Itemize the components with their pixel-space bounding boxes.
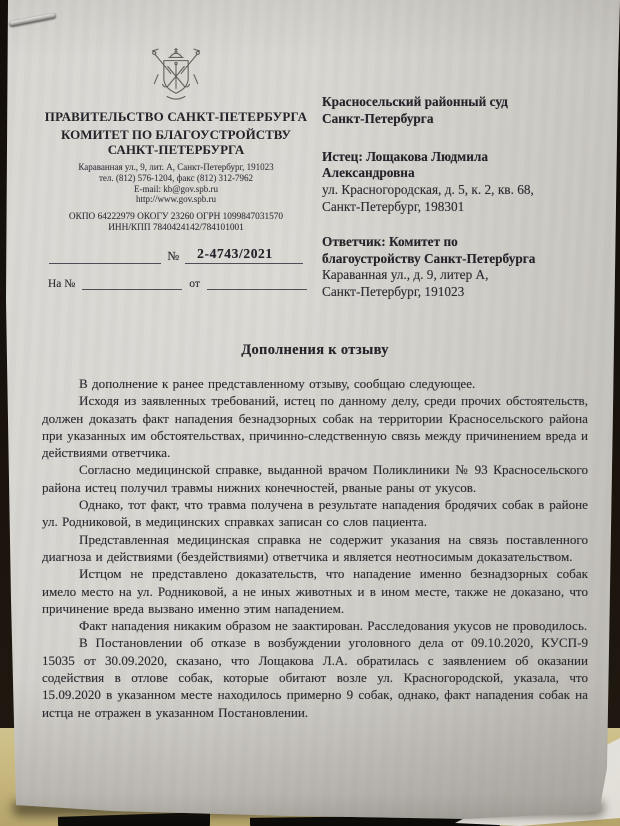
recipient-court: Красносельский районный суд Санкт-Петерб… xyxy=(322,94,584,128)
document-page: ПРАВИТЕЛЬСТВО САНКТ-ПЕТЕРБУРГА КОМИТЕТ П… xyxy=(0,0,620,826)
plaintiff-address-line1: ул. Красногородская, д. 5, к. 2, кв. 68, xyxy=(322,182,584,199)
number-sign-label: № xyxy=(167,249,179,264)
blank-underline xyxy=(49,250,161,264)
plaintiff-block: Истец: Лощакова Людмила Александровна ул… xyxy=(322,149,584,216)
body-paragraph: В Постановлении об отказе в возбуждении … xyxy=(42,634,588,720)
document-number-value: 2-4743/2021 xyxy=(185,246,303,264)
defendant-block: Ответчик: Комитет по благоустройству Сан… xyxy=(322,234,584,301)
defendant-address-line1: Караванная ул., д. 9, литер А, xyxy=(322,267,584,284)
document-title: Дополнения к отзыву xyxy=(42,342,588,359)
body-paragraph: Однако, тот факт, что травма получена в … xyxy=(42,496,588,531)
ref-na-label: На № xyxy=(48,278,75,290)
document-body: Дополнения к отзыву В дополнение к ранее… xyxy=(42,342,588,721)
blank-underline xyxy=(207,276,307,290)
blank-underline xyxy=(82,276,182,290)
body-paragraph: Согласно медицинской справке, выданной в… xyxy=(42,461,588,496)
letterhead-committee: КОМИТЕТ ПО БЛАГОУСТРОЙСТВУ САНКТ-ПЕТЕРБУ… xyxy=(36,128,316,157)
letterhead-okpo-line: ОКПО 64222979 ОКОГУ 23260 ОГРН 109984703… xyxy=(36,212,316,223)
letterhead-government: ПРАВИТЕЛЬСТВО САНКТ-ПЕТЕРБУРГА xyxy=(36,109,316,124)
defendant-line1: Ответчик: Комитет по xyxy=(322,234,584,251)
plaintiff-address-line2: Санкт-Петербург, 198301 xyxy=(322,199,584,216)
coat-of-arms-icon xyxy=(144,46,208,106)
plaintiff-line2: Александровна xyxy=(322,165,584,182)
body-paragraph: Истцом не представлено доказательств, чт… xyxy=(42,565,588,617)
plaintiff-line1: Истец: Лощакова Людмила xyxy=(322,149,584,166)
body-paragraph: В дополнение к ранее представленному отз… xyxy=(42,375,588,392)
letterhead-contacts: Караванная ул., 9, лит. А, Санкт-Петербу… xyxy=(36,162,316,205)
letterhead-committee-line2: САНКТ-ПЕТЕРБУРГА xyxy=(36,143,316,158)
defendant-address-line2: Санкт-Петербург, 191023 xyxy=(322,284,584,301)
letterhead-registration-codes: ОКПО 64222979 ОКОГУ 23260 ОГРН 109984703… xyxy=(36,212,316,234)
letterhead-address: Караванная ул., 9, лит. А, Санкт-Петербу… xyxy=(36,162,316,173)
recipient-block: Красносельский районный суд Санкт-Петерб… xyxy=(322,94,584,301)
letterhead-phone: тел. (812) 576-1204, факс (812) 312-7962 xyxy=(36,173,316,184)
defendant-line2: благоустройству Санкт-Петербурга xyxy=(322,251,584,268)
letterhead-committee-line1: КОМИТЕТ ПО БЛАГОУСТРОЙСТВУ xyxy=(36,128,316,143)
body-paragraph: Представленная медицинская справка не со… xyxy=(42,531,588,566)
photo-of-document: ПРАВИТЕЛЬСТВО САНКТ-ПЕТЕРБУРГА КОМИТЕТ П… xyxy=(0,0,620,826)
reference-number-line: На № от xyxy=(36,276,316,290)
letterhead-inn-line: ИНН/КПП 7840424142/784101001 xyxy=(36,223,316,234)
body-paragraph: Исходя из заявленных требований, истец п… xyxy=(42,392,588,461)
body-paragraph: Факт нападения никаким образом не заакти… xyxy=(42,617,588,634)
letterhead-email: E-mail: kb@gov.spb.ru xyxy=(36,184,316,195)
court-name-line2: Санкт-Петербурга xyxy=(322,111,584,128)
letterhead: ПРАВИТЕЛЬСТВО САНКТ-ПЕТЕРБУРГА КОМИТЕТ П… xyxy=(36,0,316,290)
ref-ot-label: от xyxy=(189,278,200,290)
document-number-line: № 2-4743/2021 xyxy=(36,246,316,264)
letterhead-website: http://www.gov.spb.ru xyxy=(36,194,316,205)
court-name-line1: Красносельский районный суд xyxy=(322,94,584,111)
